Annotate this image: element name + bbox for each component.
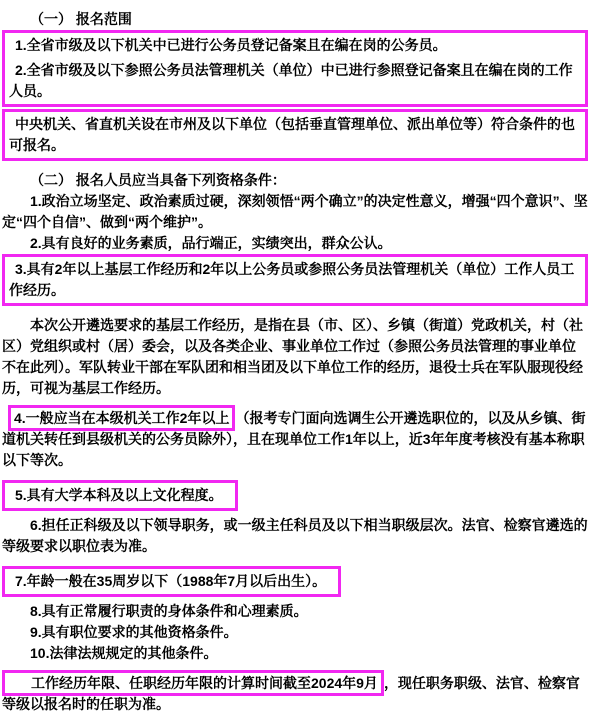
para-deadline: 工作经历年限、任职经历年限的计算时间截至2024年9月，现任职务职级、法官、检察… [2,673,588,715]
clause-rank-requirement: 6.担任正科级及以下领导职务，或一级主任科员及以下相当职级层次。法官、检察官遴选… [2,515,588,557]
highlight-inline-tenure: 4.一般应当在本级机关工作2年以上 [8,405,235,431]
highlight-box-age-limit: 7.年龄一般在35周岁以下（1988年7月以后出生）。 [2,566,341,597]
clause-tenure-requirement: 4.一般应当在本级机关工作2年以上（报考专门面向选调生公开遴选职位的，以及从乡镇… [2,408,588,471]
document-page: （一） 报名范围 1.全省市级及以下机关中已进行公务员登记备案且在编在岗的公务员… [0,0,594,719]
clause-registered-civil-servants: 1.全省市级及以下机关中已进行公务员登记备案且在编在岗的公务员。 [9,35,581,56]
clause-central-organs: 中央机关、省直机关设在市州及以下单位（包括垂直管理单位、派出单位等）符合条件的也… [9,114,581,156]
highlight-box-eligible-civil-servants: 1.全省市级及以下机关中已进行公务员登记备案且在编在岗的公务员。 2.全省市级及… [2,30,588,107]
highlight-box-work-experience: 3.具有2年以上基层工作经历和2年以上公务员或参照公务员法管理机关（单位）工作人… [2,254,588,306]
clause-health-condition: 8.具有正常履行职责的身体条件和心理素质。 [2,601,588,622]
clause-other-qualifications: 9.具有职位要求的其他资格条件。 [2,622,588,643]
highlight-inline-deadline: 工作经历年限、任职经历年限的计算时间截至2024年9月 [2,670,384,696]
section-heading-scope: （一） 报名范围 [2,9,588,30]
para-grassroots-definition: 本次公开遴选要求的基层工作经历，是指在县（市、区）、乡镇（街道）党政机关，村（社… [2,315,588,399]
highlight-box-education: 5.具有大学本科及以上文化程度。 [2,480,238,511]
clause-legal-conditions: 10.法律法规规定的其他条件。 [2,643,588,664]
clause-registered-staff: 2.全省市级及以下参照公务员法管理机关（单位）中已进行参照登记备案且在编在岗的工… [9,60,581,102]
clause-age-limit: 7.年龄一般在35周岁以下（1988年7月以后出生）。 [9,571,326,592]
clause-political-stance: 1.政治立场坚定、政治素质过硬，深刻领悟“两个确立”的决定性意义，增强“四个意识… [2,191,588,233]
highlight-box-central-organs: 中央机关、省直机关设在市州及以下单位（包括垂直管理单位、派出单位等）符合条件的也… [2,109,588,161]
clause-education: 5.具有大学本科及以上文化程度。 [9,485,223,506]
clause-work-experience: 3.具有2年以上基层工作经历和2年以上公务员或参照公务员法管理机关（单位）工作人… [9,259,581,301]
clause-professional-competence: 2.具有良好的业务素质，品行端正，实绩突出，群众公认。 [2,233,588,254]
section-heading-qualifications: （二） 报名人员应当具备下列资格条件： [2,170,588,191]
